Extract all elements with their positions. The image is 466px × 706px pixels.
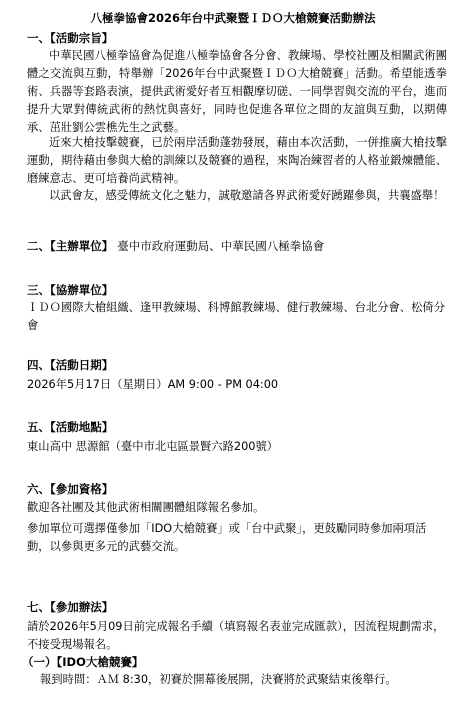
section-heading-registration: 七、【參加辦法】 [27,599,113,615]
document-title: 八極拳協會2026年台中武聚暨ＩＤＯ大槍競賽活動辦法 [0,10,466,26]
venue-text: 東山高中 思源館（臺中市北屯區景賢六路200號） [27,438,447,456]
purpose-paragraph-1: 中華民國八極拳協會為促進八極拳協會各分會、教練場、學校社團及相關武術團體之交流與… [27,47,447,137]
organizer-text: 臺中市政府運動局、中華民國八極拳協會 [117,239,324,253]
section-heading-venue: 五、【活動地點】 [27,419,113,435]
section-heading-purpose: 一、【活動宗旨】 [27,30,113,46]
registration-text: 請於2026年5月09日前完成報名手續（填寫報名表並完成匯款），因流程規劃需求，… [27,618,447,654]
section-heading-date: 四、【活動日期】 [27,357,113,373]
ido-spear-checkin-text: 報到時間：ＡＭ 8:30，初賽於開幕後展開，決賽將於武聚結束後舉行。 [40,671,450,689]
event-date-text: 2026年5月17日（星期日）AM 9:00 - PM 04:00 [27,376,447,394]
subsection-heading-ido-spear: （一）【IDO大槍競賽】 [22,654,143,670]
section-heading-eligibility: 六、【參加資格】 [27,481,113,497]
co-organizer-text: ＩＤＯ國際大槍組織、逢甲教練場、科博館教練場、健行教練場、台北分會、松倚分會 [27,299,447,335]
document-page: 八極拳協會2026年台中武聚暨ＩＤＯ大槍競賽活動辦法 一、【活動宗旨】 中華民國… [0,0,466,706]
section-heading-organizer: 二、【主辦單位】 臺中市政府運動局、中華民國八極拳協會 [27,238,324,254]
purpose-paragraph-2: 近來大槍技擊競賽，已於兩岸活動蓬勃發展，藉由本次活動，一併推廣大槍技擊運動，期待… [27,134,447,188]
organizer-heading-label: 二、【主辦單位】 [27,239,113,253]
eligibility-line-2: 參加單位可選擇僅參加「IDO大槍競賽」或「台中武聚」，更鼓勵同時參加兩項活動，以… [27,520,447,556]
eligibility-line-1: 歡迎各社團及其他武術相關團體組隊報名參加。 [27,499,447,517]
section-heading-co-organizer: 三、【協辦單位】 [27,282,113,298]
purpose-paragraph-3: 以武會友，感受傳統文化之魅力，誠敬邀請各界武術愛好踴躍參與，共襄盛舉！ [27,187,447,205]
